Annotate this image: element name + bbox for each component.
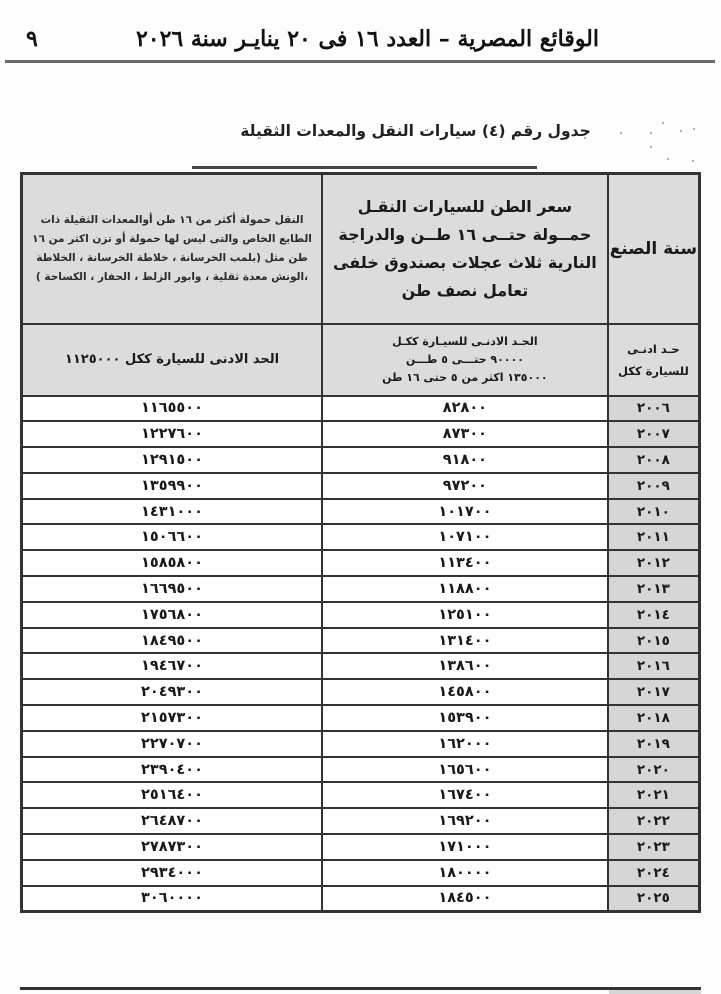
- truck-price-cell: ٩٧٢٠٠: [322, 473, 608, 499]
- heavy-price-cell: ٢٦٤٨٧٠٠: [22, 808, 323, 834]
- table-row: ٢٠٢٤١٨٠٠٠٠٢٩٣٤٠٠٠: [22, 860, 700, 886]
- next-row-cutoff: [20, 987, 701, 994]
- heavy-price-cell: ١١٦٥٥٠٠: [22, 396, 323, 422]
- gazette-title: الوقائع المصرية – العدد ١٦ فى ٢٠ ينايـر …: [136, 26, 599, 52]
- table-row: ٢٠١٣١١٨٨٠٠١٦٦٩٥٠٠: [22, 576, 700, 602]
- heavy-price-cell: ٢٠٤٩٣٠٠: [22, 679, 323, 705]
- truck-price-cell: ١٠٧١٠٠: [322, 524, 608, 550]
- table-body: ٢٠٠٦٨٢٨٠٠١١٦٥٥٠٠٢٠٠٧٨٧٣٠٠١٢٢٧٦٠٠٢٠٠٨٩١٨٠…: [22, 396, 700, 912]
- truck-price-cell: ٩١٨٠٠: [322, 447, 608, 473]
- year-cell: ٢٠٢٢: [608, 808, 700, 834]
- heavy-price-cell: ٢١٥٧٣٠٠: [22, 705, 323, 731]
- minimum-row: حـد ادنـى للسيارة ككل الحـد الادنـى للسي…: [22, 324, 700, 396]
- heavy-price-cell: ١٧٥٦٨٠٠: [22, 602, 323, 628]
- year-cell: ٢٠١٤: [608, 602, 700, 628]
- table-row: ٢٠٢٣١٧١٠٠٠٢٧٨٧٣٠٠: [22, 834, 700, 860]
- minimum-truck-line1: الحـد الادنـى للسيـارة ككـل: [331, 333, 599, 351]
- minimum-truck-line3: ١٣٥٠٠٠ اكثر من ٥ حتى ١٦ طن: [331, 369, 599, 387]
- year-cell: ٢٠٢٠: [608, 757, 700, 783]
- truck-price-cell: ١٢٥١٠٠: [322, 602, 608, 628]
- table-row: ٢٠٢٠١٦٥٦٠٠٢٣٩٠٤٠٠: [22, 757, 700, 783]
- year-cell: ٢٠١٧: [608, 679, 700, 705]
- heavy-price-cell: ١٦٦٩٥٠٠: [22, 576, 323, 602]
- table-row: ٢٠١٧١٤٥٨٠٠٢٠٤٩٣٠٠: [22, 679, 700, 705]
- heavy-price-cell: ١٢٩١٥٠٠: [22, 447, 323, 473]
- heavy-price-cell: ١٢٢٧٦٠٠: [22, 421, 323, 447]
- heavy-price-cell: ١٤٣١٠٠٠: [22, 499, 323, 525]
- table-row: ٢٠٠٧٨٧٣٠٠١٢٢٧٦٠٠: [22, 421, 700, 447]
- heavy-price-cell: ١٥٠٦٦٠٠: [22, 524, 323, 550]
- header-rule: [5, 60, 715, 63]
- running-header: الوقائع المصرية – العدد ١٦ فى ٢٠ ينايـر …: [0, 22, 721, 62]
- heavy-price-cell: ٢٥١٦٤٠٠: [22, 782, 323, 808]
- table-row: ٢٠١٤١٢٥١٠٠١٧٥٦٨٠٠: [22, 602, 700, 628]
- truck-price-cell: ١٦٩٢٠٠: [322, 808, 608, 834]
- truck-price-cell: ١٦٥٦٠٠: [322, 757, 608, 783]
- truck-price-cell: ١٨٤٥٠٠: [322, 886, 608, 912]
- minimum-truck-line2: ٩٠٠٠٠ حتـــى ٥ طـــن: [331, 351, 599, 369]
- table-row: ٢٠٠٩٩٧٢٠٠١٣٥٩٩٠٠: [22, 473, 700, 499]
- table-row: ٢٠٠٨٩١٨٠٠١٢٩١٥٠٠: [22, 447, 700, 473]
- minimum-year-label: حـد ادنـى للسيارة ككل: [608, 324, 700, 396]
- table-caption-text: جدول رقم (٤) سيارات النقل والمعدات الثقي…: [240, 122, 591, 140]
- document-page: الوقائع المصرية – العدد ١٦ فى ٢٠ ينايـر …: [0, 0, 721, 994]
- table-row: ٢٠٢٢١٦٩٢٠٠٢٦٤٨٧٠٠: [22, 808, 700, 834]
- year-cell: ٢٠٢٣: [608, 834, 700, 860]
- year-cell: ٢٠٠٨: [608, 447, 700, 473]
- caption-underline: [192, 166, 537, 169]
- table-row: ٢٠١٥١٣١٤٠٠١٨٤٩٥٠٠: [22, 628, 700, 654]
- year-cell: ٢٠٢١: [608, 782, 700, 808]
- heavy-price-cell: ١٩٤٦٧٠٠: [22, 653, 323, 679]
- table-row: ٢٠١٢١١٣٤٠٠١٥٨٥٨٠٠: [22, 550, 700, 576]
- heavy-price-cell: ١٥٨٥٨٠٠: [22, 550, 323, 576]
- heavy-price-cell: ٢٩٣٤٠٠٠: [22, 860, 323, 886]
- year-cell: ٢٠١٣: [608, 576, 700, 602]
- heavy-price-cell: ٢٧٨٧٣٠٠: [22, 834, 323, 860]
- next-row-year-shade: [609, 990, 701, 994]
- table-row: ٢٠١٨١٥٣٩٠٠٢١٥٧٣٠٠: [22, 705, 700, 731]
- truck-price-cell: ١١٨٨٠٠: [322, 576, 608, 602]
- truck-price-cell: ١٣٨٦٠٠: [322, 653, 608, 679]
- table-row: ٢٠١٦١٣٨٦٠٠١٩٤٦٧٠٠: [22, 653, 700, 679]
- truck-price-cell: ١٣١٤٠٠: [322, 628, 608, 654]
- year-cell: ٢٠٢٥: [608, 886, 700, 912]
- heavy-price-cell: ٣٠٦٠٠٠٠: [22, 886, 323, 912]
- year-cell: ٢٠٠٩: [608, 473, 700, 499]
- year-cell: ٢٠١٦: [608, 653, 700, 679]
- truck-price-cell: ١٧١٠٠٠: [322, 834, 608, 860]
- minimum-truck-cell: الحـد الادنـى للسيـارة ككـل ٩٠٠٠٠ حتـــى…: [322, 324, 608, 396]
- heavy-price-cell: ٢٣٩٠٤٠٠: [22, 757, 323, 783]
- year-cell: ٢٠١٨: [608, 705, 700, 731]
- year-cell: ٢٠٠٦: [608, 396, 700, 422]
- truck-price-cell: ١٨٠٠٠٠: [322, 860, 608, 886]
- truck-price-cell: ١٤٥٨٠٠: [322, 679, 608, 705]
- truck-price-cell: ٨٧٣٠٠: [322, 421, 608, 447]
- table-row: ٢٠١٠١٠١٧٠٠١٤٣١٠٠٠: [22, 499, 700, 525]
- table-row: ٢٠٢٥١٨٤٥٠٠٣٠٦٠٠٠٠: [22, 886, 700, 912]
- table-row: ٢٠٠٦٨٢٨٠٠١١٦٥٥٠٠: [22, 396, 700, 422]
- price-table: سنة الصنع سعر الطن للسيارات النقـل حمــو…: [20, 172, 701, 913]
- table-row: ٢٠١٩١٦٢٠٠٠٢٢٧٠٧٠٠: [22, 731, 700, 757]
- header-heavy-equipment: النقل حمولة أكثر من ١٦ طن أوالمعدات الثق…: [22, 174, 323, 324]
- table-row: ٢٠١١١٠٧١٠٠١٥٠٦٦٠٠: [22, 524, 700, 550]
- header-truck-price: سعر الطن للسيارات النقـل حمــولة حتــى ١…: [322, 174, 608, 324]
- truck-price-cell: ١٦٧٤٠٠: [322, 782, 608, 808]
- truck-price-cell: ٨٢٨٠٠: [322, 396, 608, 422]
- year-cell: ٢٠١٥: [608, 628, 700, 654]
- truck-price-cell: ١١٣٤٠٠: [322, 550, 608, 576]
- year-cell: ٢٠١٠: [608, 499, 700, 525]
- table-header-row: سنة الصنع سعر الطن للسيارات النقـل حمــو…: [22, 174, 700, 324]
- year-cell: ٢٠٢٤: [608, 860, 700, 886]
- heavy-price-cell: ١٣٥٩٩٠٠: [22, 473, 323, 499]
- year-cell: ٢٠١٢: [608, 550, 700, 576]
- year-cell: ٢٠١١: [608, 524, 700, 550]
- heavy-price-cell: ٢٢٧٠٧٠٠: [22, 731, 323, 757]
- header-year: سنة الصنع: [608, 174, 700, 324]
- table-row: ٢٠٢١١٦٧٤٠٠٢٥١٦٤٠٠: [22, 782, 700, 808]
- minimum-heavy-cell: الحد الادنى للسيارة ككل ١١٢٥٠٠٠: [22, 324, 323, 396]
- table-caption: جدول رقم (٤) سيارات النقل والمعدات الثقي…: [0, 121, 721, 140]
- heavy-price-cell: ١٨٤٩٥٠٠: [22, 628, 323, 654]
- truck-price-cell: ١٦٢٠٠٠: [322, 731, 608, 757]
- truck-price-cell: ١٥٣٩٠٠: [322, 705, 608, 731]
- truck-price-cell: ١٠١٧٠٠: [322, 499, 608, 525]
- year-cell: ٢٠١٩: [608, 731, 700, 757]
- year-cell: ٢٠٠٧: [608, 421, 700, 447]
- page-number: ٩: [26, 26, 38, 52]
